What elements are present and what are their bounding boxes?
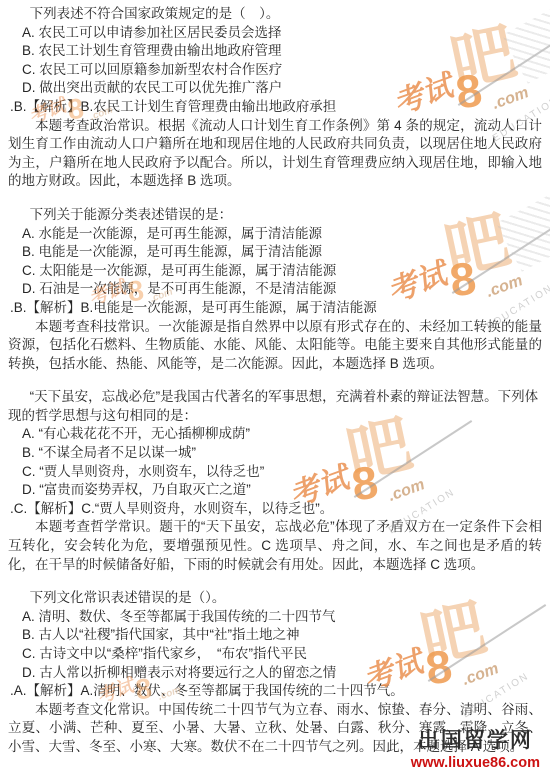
option-d: D. “富贵而姿势弄权，乃自取灭亡之道” (8, 481, 542, 500)
option-c: C. 古诗文中以“桑梓”指代家乡， “布农”指代平民 (8, 645, 542, 664)
document-page: 吧 考试 8 .com EDUCATION 吧 考试 8 .com EDUCAT… (0, 0, 550, 776)
question-stem: 下列文化常识表述错误的是（）。 (8, 589, 542, 608)
option-d: D. 石油是一次能源，是不可再生能源，不是清洁能源 (8, 280, 542, 299)
option-a: A. 清明、数伏、冬至等都属于我国传统的二十四节气 (8, 608, 542, 627)
site-name: 出国留学网 (411, 724, 540, 754)
question-stem: “天下虽安，忘战必危”是我国古代著名的军事思想，充满着朴素的辩证法智慧。下列体现… (8, 388, 542, 425)
option-a: A. “有心栽花花不开，无心插柳柳成荫” (8, 425, 542, 444)
option-b: B. 电能是一次能源，是可再生能源，属于清洁能源 (8, 243, 542, 262)
explanation: 本题考查科技常识。一次能源是指自然界中以原有形式存在的、未经加工转换的能量资源，… (8, 318, 542, 374)
option-b: B. 农民工计划生育管理费由输出地政府管理 (8, 42, 542, 61)
option-c: C. 农民工可以回原籍参加新型农村合作医疗 (8, 61, 542, 80)
footer-logo: 出国留学网 www.liuxue86.com (411, 724, 540, 771)
question-block-2: 下列关于能源分类表述错误的是： A. 水能是一次能源，是可再生能源，属于清洁能源… (8, 206, 542, 373)
site-url: www.liuxue86.com (411, 755, 540, 771)
option-c: C. “贾人旱则资舟，水则资车，以待乏也” (8, 463, 542, 482)
option-a: A. 水能是一次能源，是可再生能源，属于清洁能源 (8, 225, 542, 244)
explanation: 本题考查哲学常识。题干的“天下虽安，忘战必危”体现了矛盾双方在一定条件下会相互转… (8, 518, 542, 574)
explanation: 本题考查政治常识。根据《流动人口计划生育工作条例》第 4 条的规定，流动人口计划… (8, 117, 542, 191)
option-b: B. 古人以“社稷”指代国家，其中“社”指土地之神 (8, 626, 542, 645)
option-d: D. 古人常以折柳相赠表示对将要远行之人的留恋之情 (8, 664, 542, 683)
option-d: D. 做出突出贡献的农民工可以优先推广落户 (8, 79, 542, 98)
question-block-1: 下列表述不符合国家政策规定的是（ ）。 A. 农民工可以申请参加社区居民委员会选… (8, 5, 542, 191)
option-c: C. 太阳能是一次能源，是可再生能源，属于清洁能源 (8, 262, 542, 281)
option-b: B. “不谋全局者不足以谋一城” (8, 444, 542, 463)
option-a: A. 农民工可以申请参加社区居民委员会选择 (8, 24, 542, 43)
question-stem: 下列关于能源分类表述错误的是： (8, 206, 542, 225)
answer-line: .B.【解析】B.农民工计划生育管理费由输出地政府承担 (8, 98, 542, 117)
question-stem: 下列表述不符合国家政策规定的是（ ）。 (8, 5, 542, 24)
answer-line: .A.【解析】A.清明、数伏、冬至等都属于我国传统的二十四节气。 (8, 682, 542, 701)
exam-text: 下列表述不符合国家政策规定的是（ ）。 A. 农民工可以申请参加社区居民委员会选… (0, 0, 550, 757)
question-block-3: “天下虽安，忘战必危”是我国古代著名的军事思想，充满着朴素的辩证法智慧。下列体现… (8, 388, 542, 574)
answer-line: .C.【解析】C.“贾人旱则资舟，水则资车，以待乏也”。 (8, 500, 542, 519)
answer-line: .B.【解析】B.电能是一次能源，是可再生能源，属于清洁能源 (8, 299, 542, 318)
